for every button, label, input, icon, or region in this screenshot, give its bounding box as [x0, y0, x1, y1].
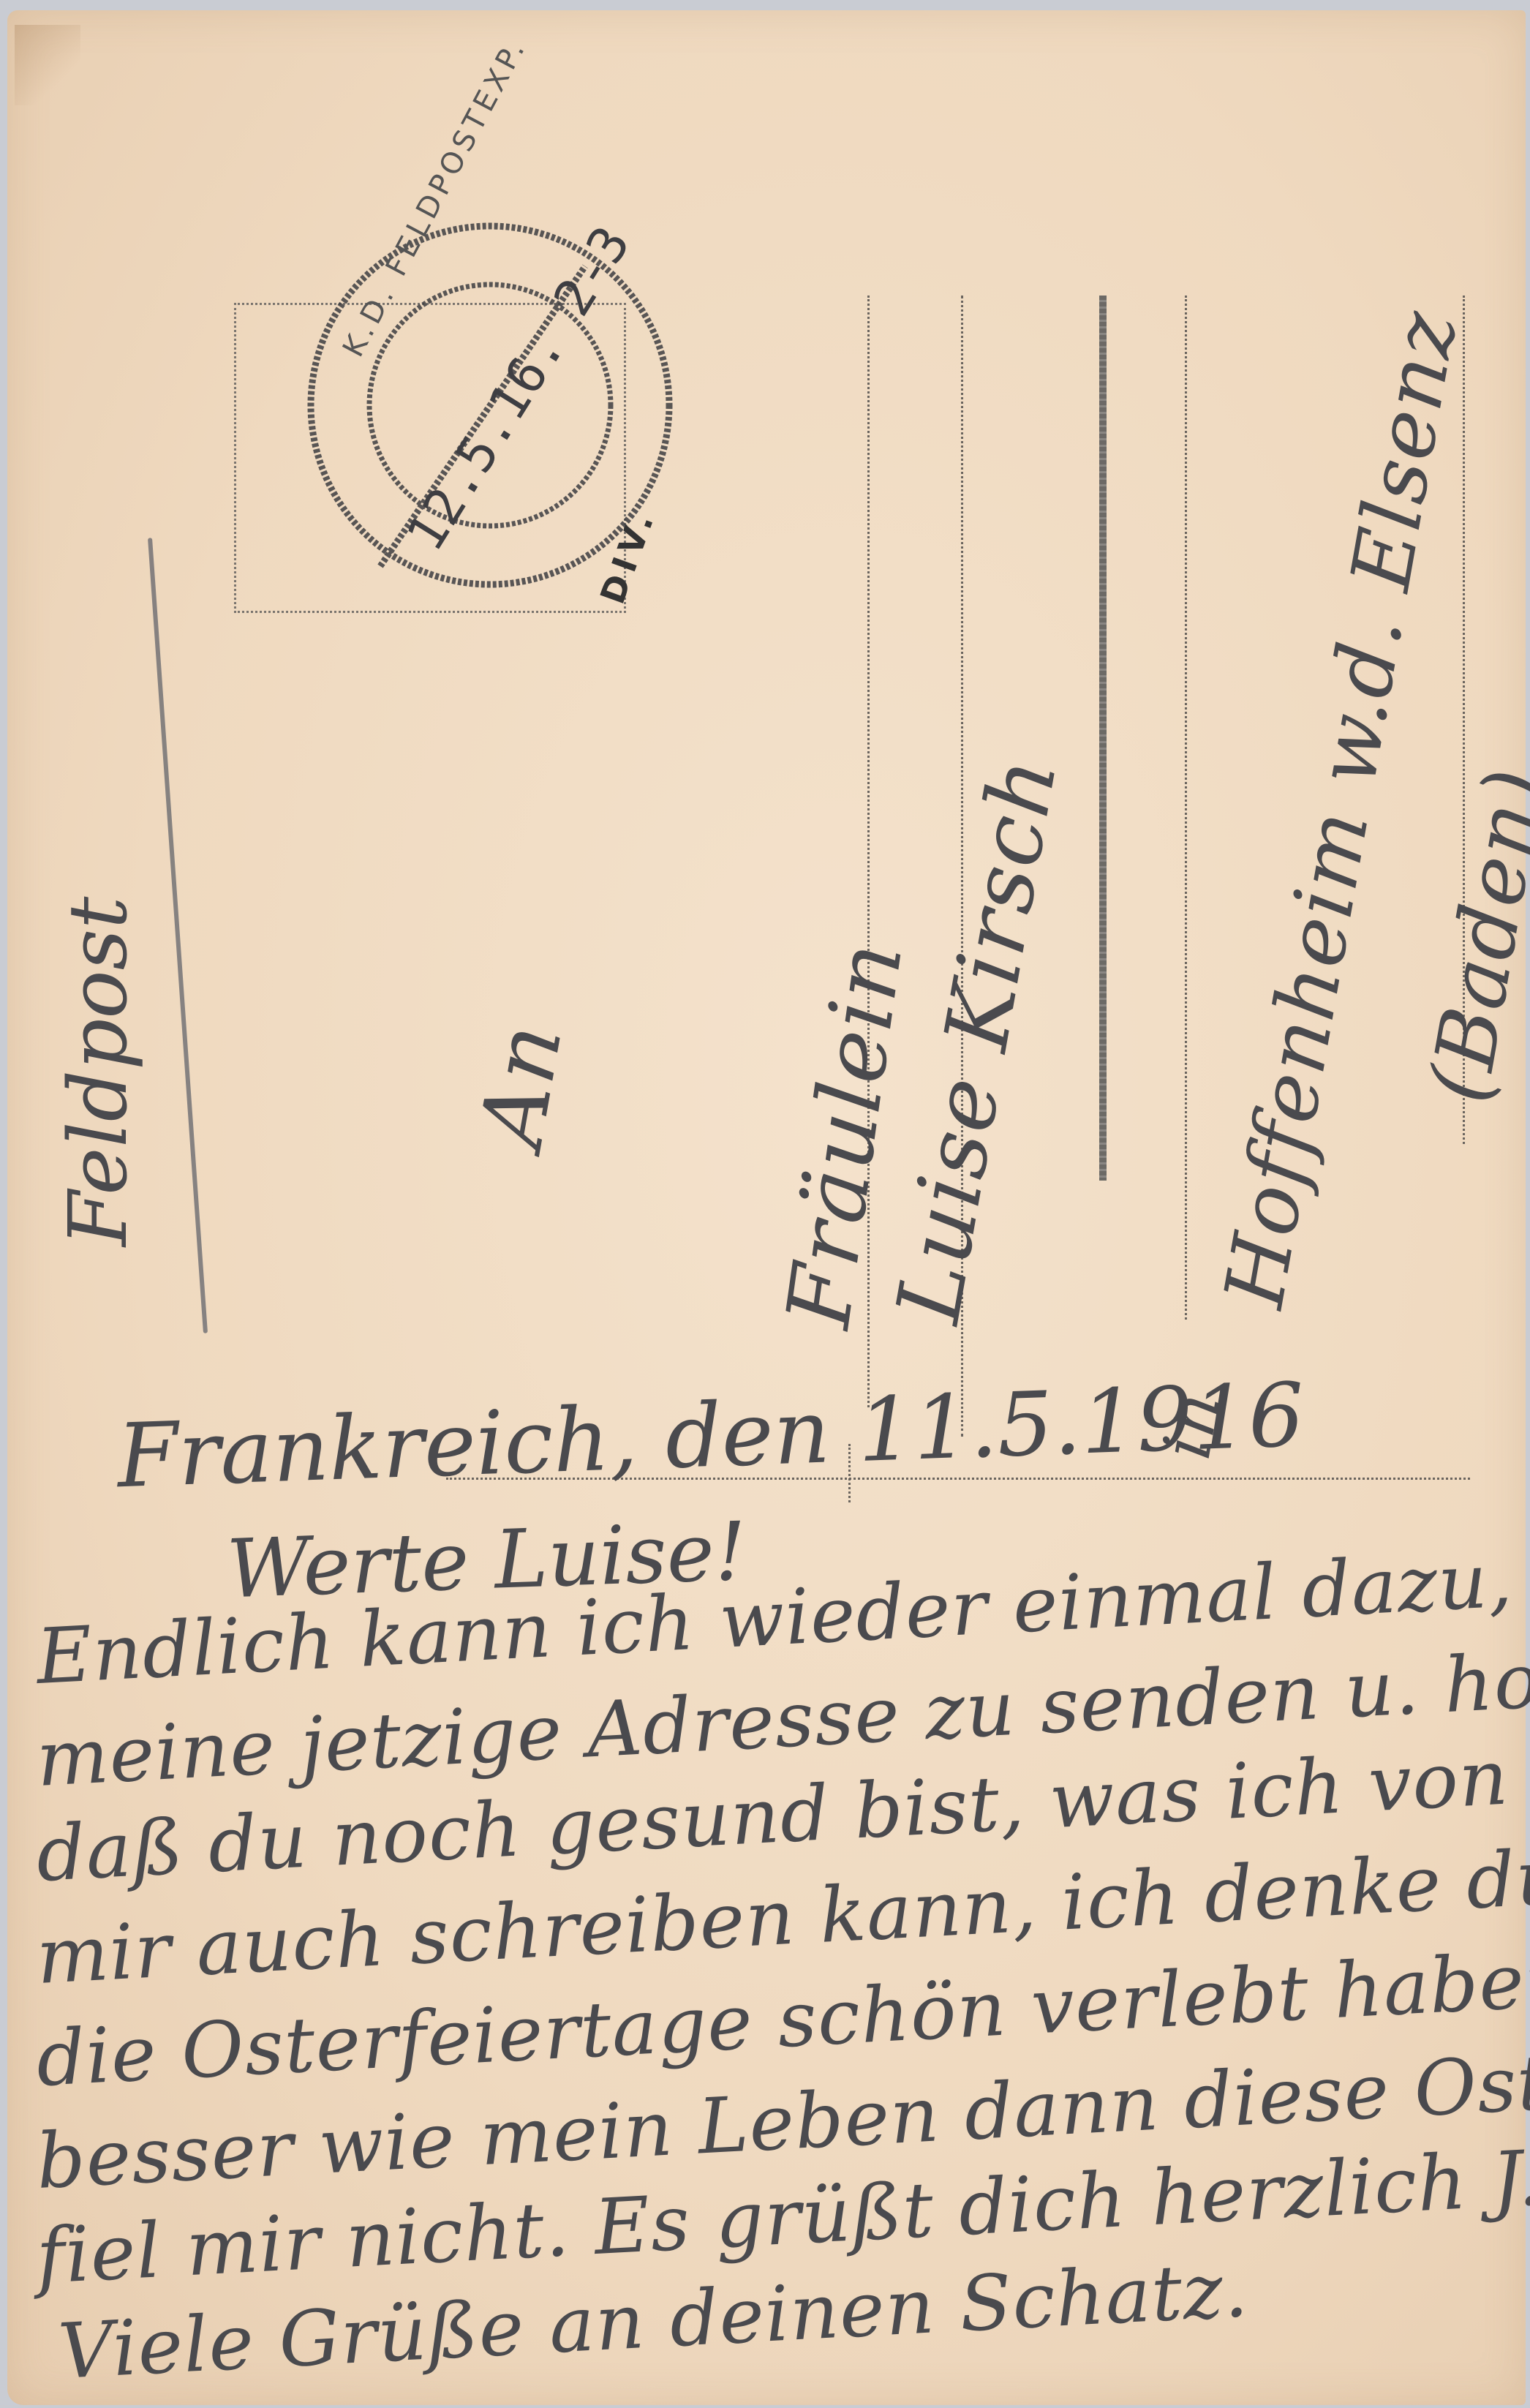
- address-prefix: An: [461, 1016, 582, 1155]
- town-underline: [1099, 296, 1107, 1181]
- corner-crease: [15, 25, 80, 105]
- address-region: (Baden): [1412, 761, 1530, 1109]
- address-line-3: [1185, 296, 1187, 1320]
- divider-stroke: [148, 538, 208, 1333]
- feldpost-label: Feldpost: [51, 897, 145, 1246]
- address-town: Hoffenheim w.d. Elsenz: [1207, 304, 1476, 1314]
- letter-dateline: Frankreich, den 11.5.1916: [116, 1365, 1306, 1508]
- postmark: 12.5.16. 2-3 K.D. FELDPOSTEXP. DIV.: [271, 186, 680, 595]
- postcard: 12.5.16. 2-3 K.D. FELDPOSTEXP. DIV. Feld…: [7, 10, 1526, 2405]
